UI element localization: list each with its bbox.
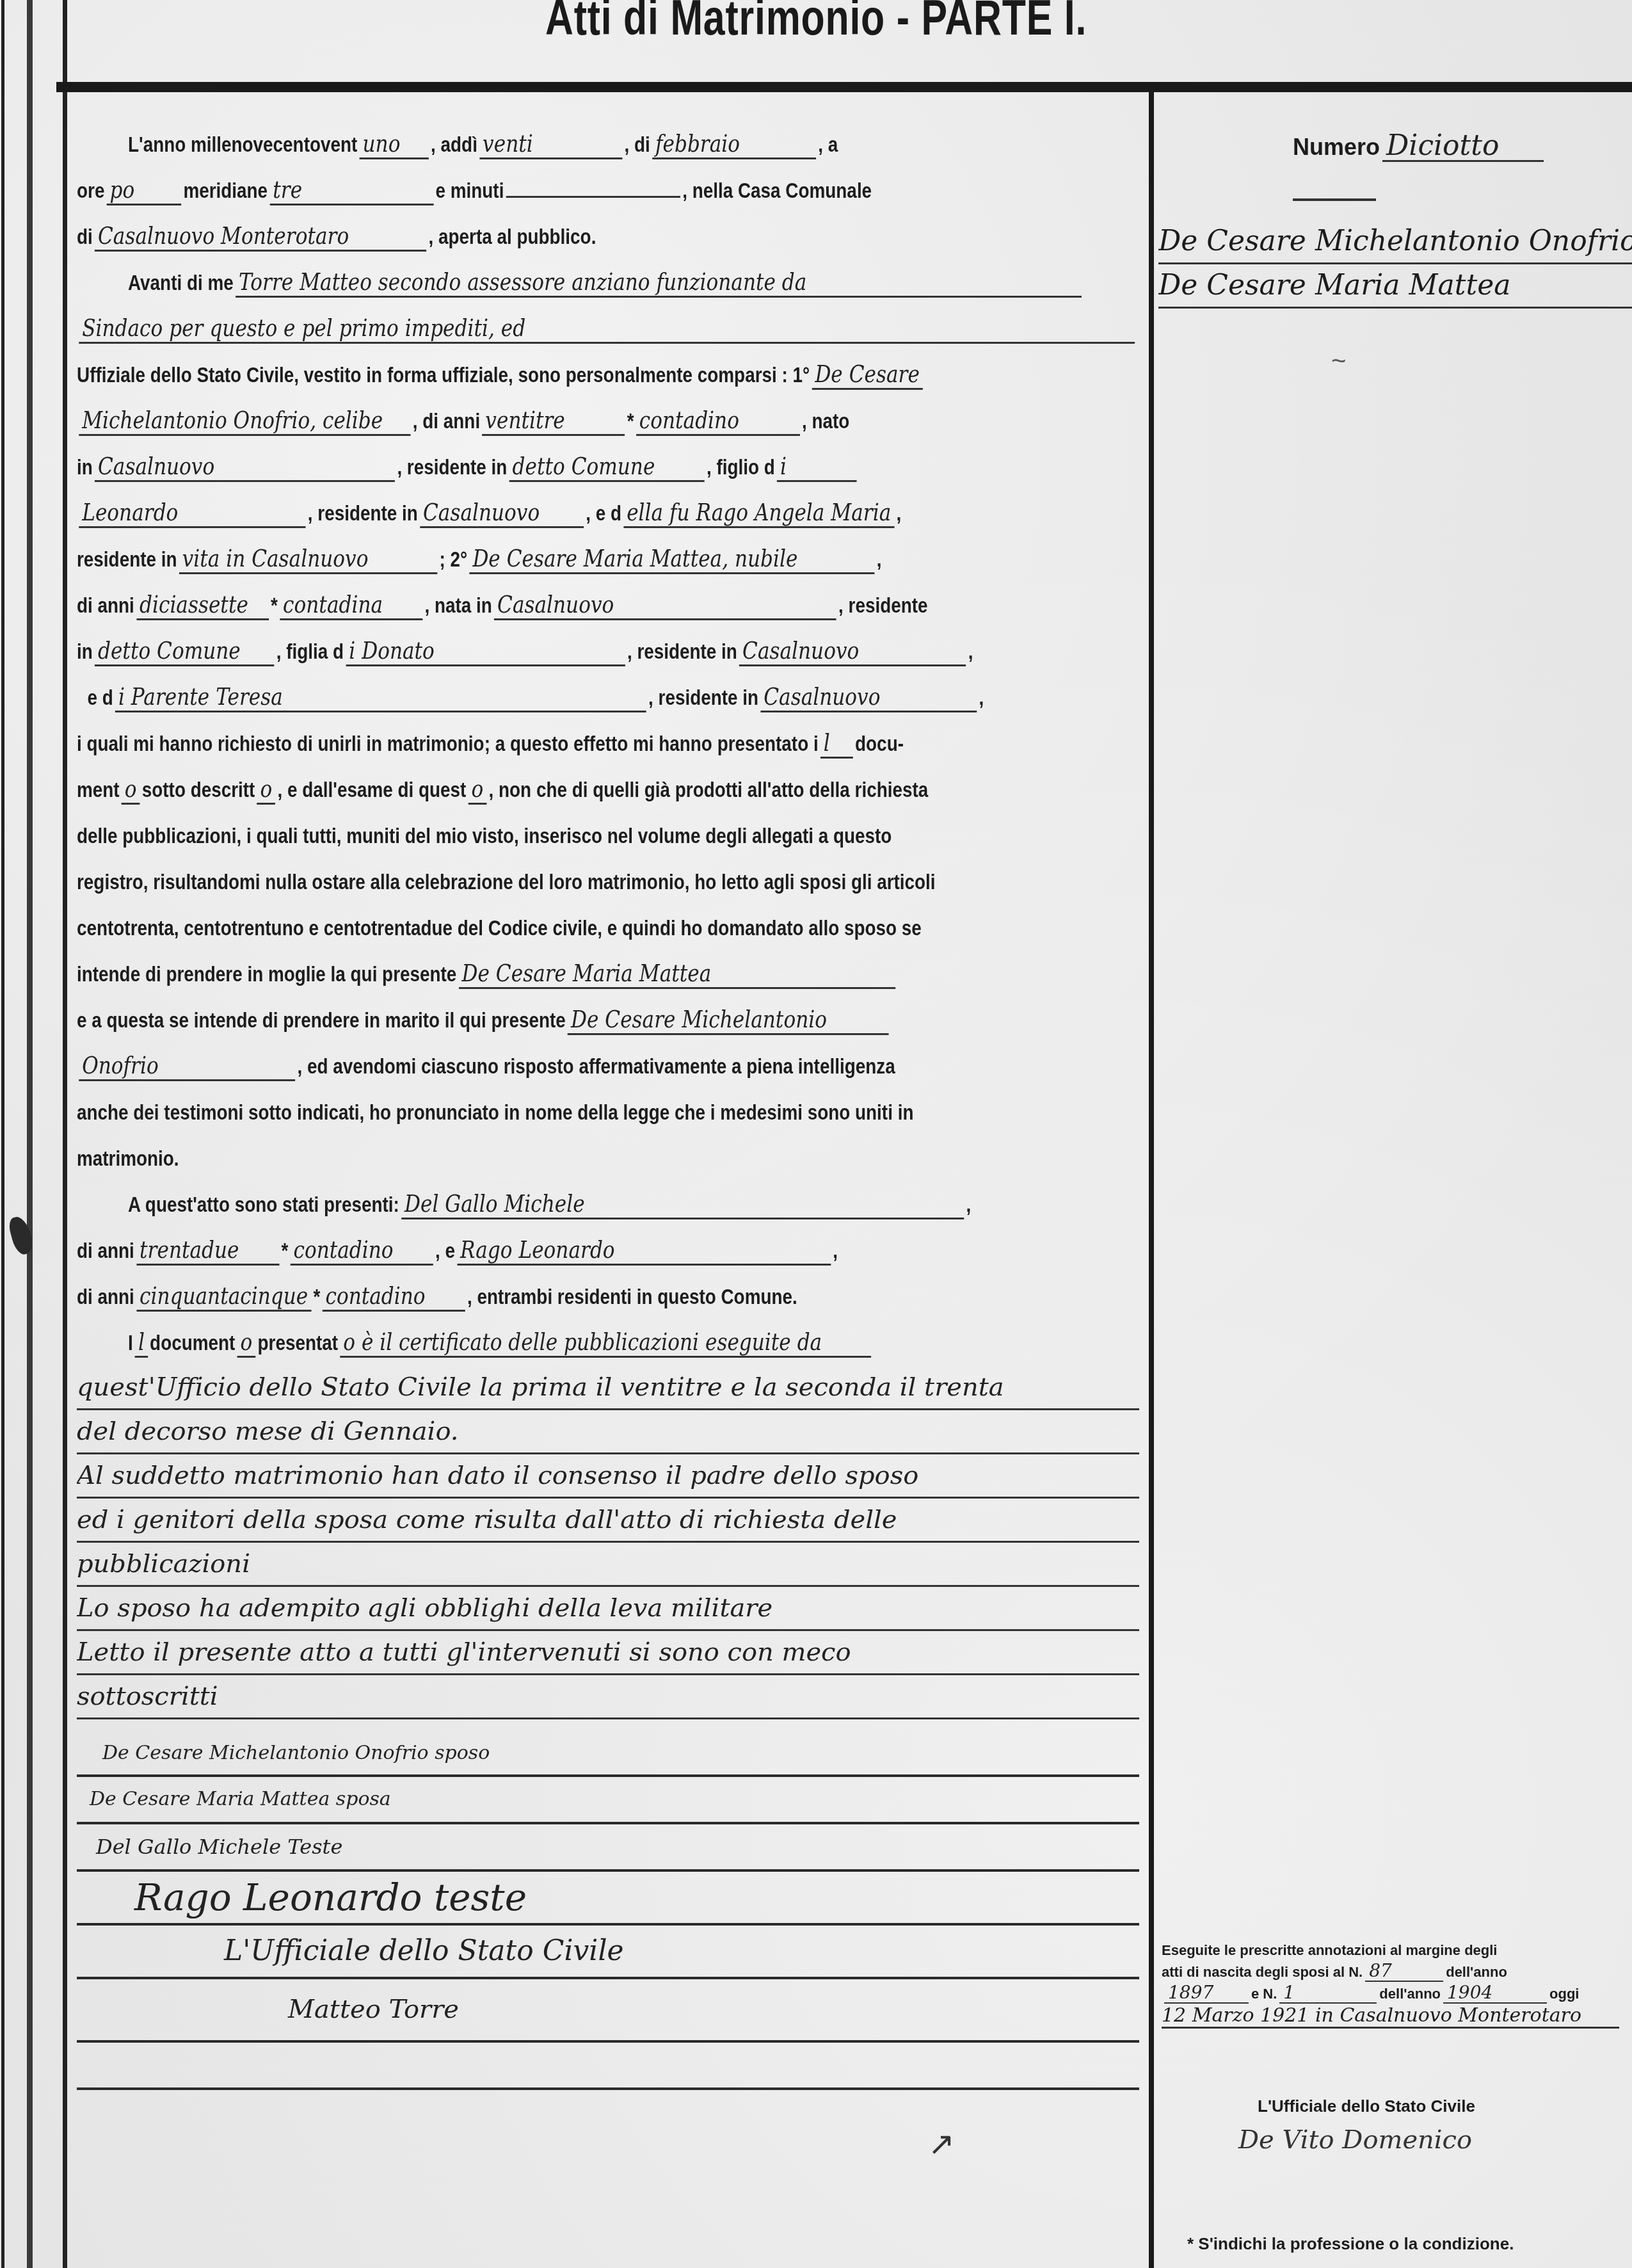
groom-name-field: Michelantonio Onofrio, celibe [79,406,410,436]
line-officer: Avanti di meTorre Matteo secondo assesso… [77,260,1142,306]
line-groom: Michelantonio Onofrio, celibe, di annive… [77,398,1142,444]
officer-signature: Matteo Torre [77,1979,1139,2043]
line-text: centotrenta, centotrentuno e centotrenta… [77,905,1142,951]
arrow-mark-icon: ↗ [928,2125,955,2162]
officer-field: Torre Matteo secondo assessore anziano f… [236,268,1082,298]
note-line: Letto il presente atto a tutti gl'interv… [77,1631,1139,1675]
line-witnesses: A quest'atto sono stati presenti:Del Gal… [77,1182,1142,1228]
line-groom-parents: Leonardo, residente inCasalnuovo, e dell… [77,490,1142,536]
witness1-field: Del Gallo Michele [401,1189,964,1219]
minutes-field [506,196,680,198]
bride-mother-field: i Parente Teresa [115,682,646,712]
meridian-field: po [107,175,181,205]
line-time: orepomeridianetree minuti, nella Casa Co… [77,168,1142,214]
blank-line [77,2043,1139,2090]
act-number: NumeroDiciotto [1158,122,1632,173]
bride-signature: De Cesare Maria Mattea sposa [77,1777,1139,1824]
witness2-signature: Rago Leonardo teste [77,1872,1139,1926]
note-line: quest'Ufficio dello Stato Civile la prim… [77,1366,1139,1410]
witness1-signature: Del Gallo Michele Teste [77,1824,1139,1872]
note-line: pubblicazioni [77,1543,1139,1587]
act-body: L'anno millenovecentoventuno, addìventi,… [77,122,1142,2090]
line-bride-parents: indetto Comune, figlia di Donato, reside… [77,629,1142,675]
margin-annotation: Eseguite le prescritte annotazioni al ma… [1162,1940,1619,2029]
line-text: matrimonio. [77,1136,1142,1182]
officer-label: L'Ufficiale dello Stato Civile [1258,2096,1475,2116]
line-text: registro, risultandomi nulla ostare alla… [77,859,1142,905]
page-title: Atti di Matrimonio - PARTE I. [180,0,1453,47]
line-answer: Onofrio, ed avendomi ciascuno risposto a… [77,1043,1142,1090]
line-groom-birth: inCasalnuovo, residente indetto Comune, … [77,444,1142,490]
note-line: sottoscritti [77,1675,1139,1719]
line-comparsi: Uffiziale dello Stato Civile, vestito in… [77,352,1142,398]
hour-field: tre [269,175,433,205]
binding-line [27,0,33,2268]
short-rule [1293,198,1376,201]
signatures: De Cesare Michelantonio Onofrio sposo De… [77,1732,1139,2090]
groom-surname-field: De Cesare [812,360,922,390]
note-line: Lo sposo ha adempito agli obblighi della… [77,1587,1139,1631]
column-divider [1149,90,1154,2268]
bride-name-field: De Cesare Maria Mattea, nubile [469,544,874,574]
groom-mother-field: ella fu Rago Angela Maria [623,498,894,528]
note-line: Al suddetto matrimonio han dato il conse… [77,1454,1139,1499]
groom-signature: De Cesare Michelantonio Onofrio sposo [77,1732,1139,1777]
handwritten-notes: quest'Ufficio dello Stato Civile la prim… [77,1366,1139,1719]
note-line: ed i genitori della sposa come risulta d… [77,1499,1139,1543]
margin-column: NumeroDiciotto De Cesare Michelantonio O… [1158,122,1632,376]
groom-occupation-field: contadino [636,406,800,436]
act-number-value: Diciotto [1382,132,1544,162]
line-text: delle pubblicazioni, i quali tutti, muni… [77,813,1142,859]
line-wife-question: intende di prendere in moglie la qui pre… [77,951,1142,997]
comune-field: Casalnuovo Monterotaro [95,221,426,252]
bride-occupation-field: contadina [280,590,422,620]
margin-officer-signature: De Vito Domenico [1238,2125,1472,2155]
witness2-field: Rago Leonardo [457,1235,831,1266]
groom-age-field: ventitre [482,406,625,436]
binding-line [1,0,4,2268]
line-bride-mother: e di Parente Teresa, residente inCasalnu… [77,675,1142,721]
note-line: del decorso mese di Gennaio. [77,1410,1139,1454]
officer-title-handwritten: L'Ufficiale dello Stato Civile [77,1926,1139,1979]
line-documents-cont: mentosotto descritto, e dall'esame di qu… [77,767,1142,813]
margin-groom-name: De Cesare Michelantonio Onofrio [1158,220,1632,264]
month-field: febbraio [652,129,816,159]
line-bride-age: di annidiciassette*contadina, nata inCas… [77,583,1142,629]
line-place: diCasalnuovo Monterotaro, aperta al pubb… [77,214,1142,260]
tilde-mark: ~ [1331,347,1632,376]
year-field: uno [360,129,429,159]
register-page: Atti di Matrimonio - PARTE I. L'anno mil… [0,0,1632,2268]
line-husband-question: e a questa se intende di prendere in mar… [77,997,1142,1043]
line-witness2-age: di annicinquantacinque*contadino, entram… [77,1274,1142,1320]
line-date: L'anno millenovecentoventuno, addìventi,… [77,122,1142,168]
day-field: venti [479,129,622,159]
line-documents: i quali mi hanno richiesto di unirli in … [77,721,1142,767]
margin-bride-name: De Cesare Maria Mattea [1158,264,1632,309]
line-document-presented: Ildocumentopresentato è il certificato d… [77,1320,1142,1366]
binding-border [63,0,67,2268]
line-officer-cont: Sindaco per questo e pel primo impediti,… [77,306,1142,352]
line-witness-ages: di annitrentadue*contadino, eRago Leonar… [77,1228,1142,1274]
groom-father-field: Leonardo [79,498,305,528]
bride-age-field: diciassette [136,590,269,620]
line-text: anche dei testimoni sotto indicati, ho p… [77,1090,1142,1136]
line-bride: residente invita in Casalnuovo; 2°De Ces… [77,536,1142,583]
top-rule [56,82,1632,92]
footnote: * S'indichi la professione o la condizio… [1187,2234,1514,2254]
bride-father-field: i Donato [346,636,625,666]
